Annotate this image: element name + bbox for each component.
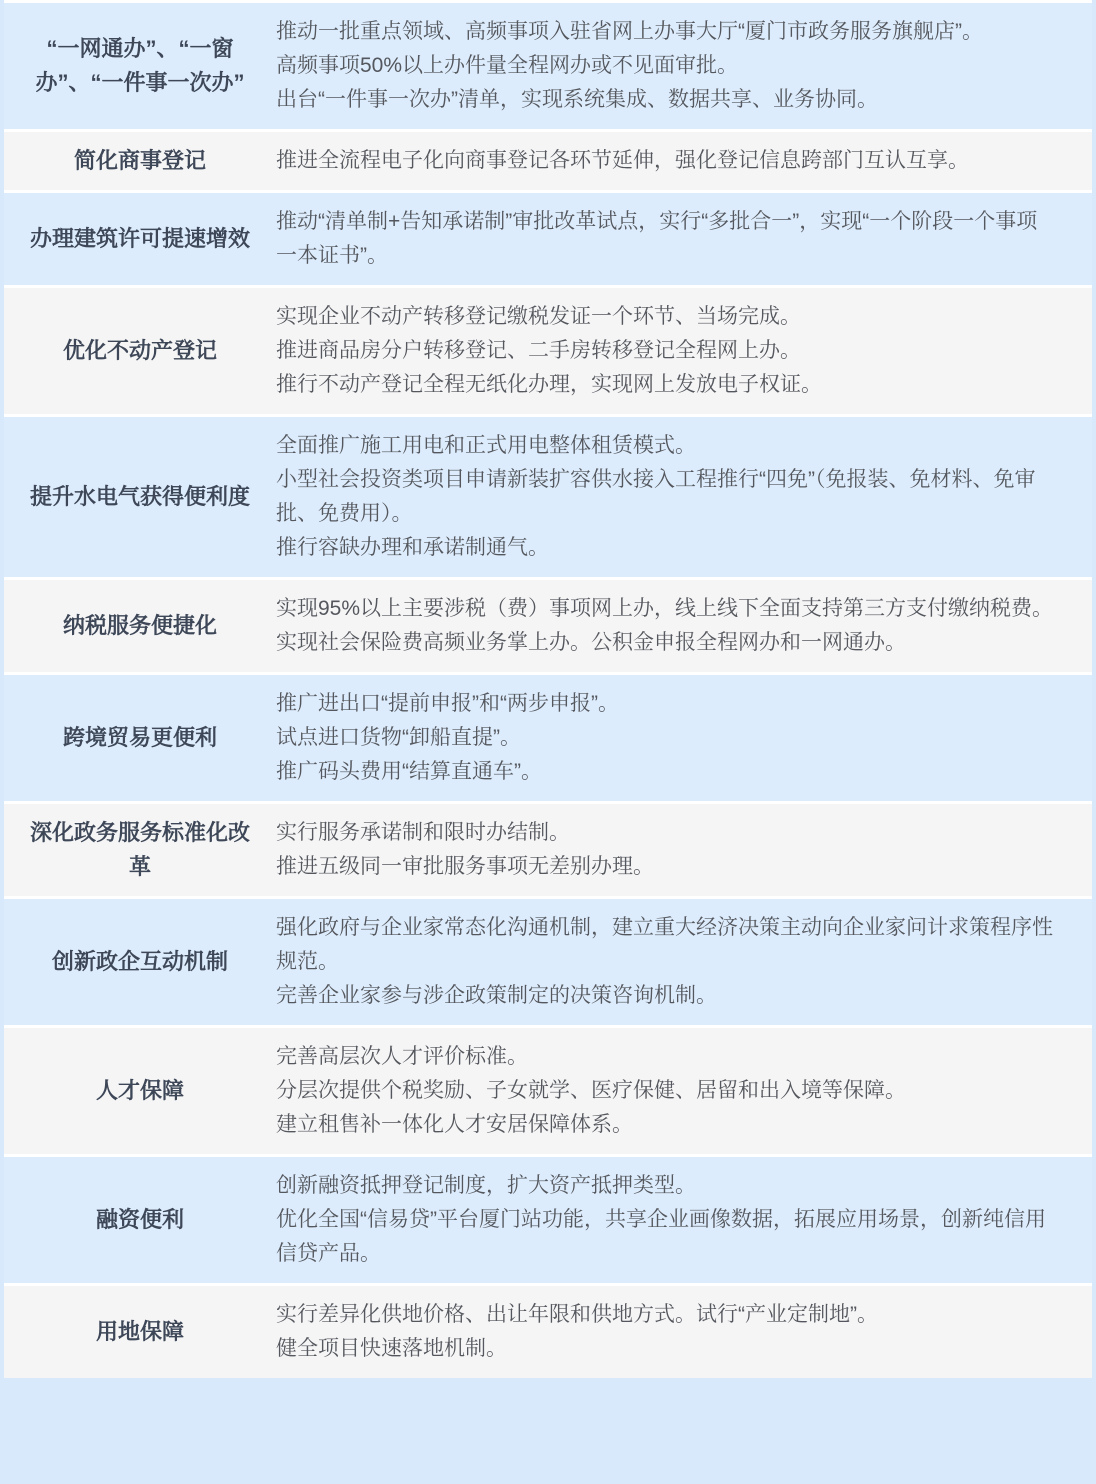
row-measures: 强化政府与企业家常态化沟通机制，建立重大经济决策主动向企业家问计求策程序性规范。… bbox=[276, 899, 1092, 1025]
table-row: 用地保障 实行差异化供地价格、出让年限和供地方式。试行“产业定制地”。健全项目快… bbox=[4, 1286, 1092, 1378]
row-category-title: 纳税服务便捷化 bbox=[4, 580, 276, 672]
table-row: 创新政企互动机制 强化政府与企业家常态化沟通机制，建立重大经济决策主动向企业家问… bbox=[4, 899, 1092, 1025]
measure-text: 推动一批重点领域、高频事项入驻省网上办事大厅“厦门市政务服务旗舰店”。 bbox=[276, 15, 1058, 49]
row-category-title: 跨境贸易更便利 bbox=[4, 675, 276, 801]
row-category-title: 人才保障 bbox=[4, 1028, 276, 1154]
row-measures: 创新融资抵押登记制度，扩大资产抵押类型。优化全国“信易贷”平台厦门站功能，共享企… bbox=[276, 1157, 1092, 1283]
row-category-title: 提升水电气获得便利度 bbox=[4, 417, 276, 577]
row-category-title: 简化商事登记 bbox=[4, 132, 276, 190]
measure-text: 推进五级同一审批服务事项无差别办理。 bbox=[276, 850, 1058, 884]
measure-text: 实行差异化供地价格、出让年限和供地方式。试行“产业定制地”。 bbox=[276, 1298, 1058, 1332]
table-row: “一网通办”、“一窗办”、“一件事一次办” 推动一批重点领域、高频事项入驻省网上… bbox=[4, 3, 1092, 129]
row-measures: 实现95%以上主要涉税（费）事项网上办，线上线下全面支持第三方支付缴纳税费。实现… bbox=[276, 580, 1092, 672]
row-category-title: “一网通办”、“一窗办”、“一件事一次办” bbox=[4, 3, 276, 129]
measure-text: 推广码头费用“结算直通车”。 bbox=[276, 755, 1058, 789]
measure-text: 推广进出口“提前申报”和“两步申报”。 bbox=[276, 687, 1058, 721]
row-category-title: 办理建筑许可提速增效 bbox=[4, 193, 276, 285]
table-row: 跨境贸易更便利 推广进出口“提前申报”和“两步申报”。试点进口货物“卸船直提”。… bbox=[4, 675, 1092, 801]
row-category-title: 深化政务服务标准化改革 bbox=[4, 804, 276, 896]
measure-text: 健全项目快速落地机制。 bbox=[276, 1332, 1058, 1366]
measure-text: 建立租售补一体化人才安居保障体系。 bbox=[276, 1108, 1058, 1142]
measure-text: 高频事项50%以上办件量全程网办或不见面审批。 bbox=[276, 49, 1058, 83]
table-row: 办理建筑许可提速增效 推动“清单制+告知承诺制”审批改革试点，实行“多批合一”，… bbox=[4, 193, 1092, 285]
measure-text: 实现95%以上主要涉税（费）事项网上办，线上线下全面支持第三方支付缴纳税费。 bbox=[276, 592, 1058, 626]
table-row: 提升水电气获得便利度 全面推广施工用电和正式用电整体租赁模式。小型社会投资类项目… bbox=[4, 417, 1092, 577]
row-measures: 全面推广施工用电和正式用电整体租赁模式。小型社会投资类项目申请新装扩容供水接入工… bbox=[276, 417, 1092, 577]
measure-text: 推动“清单制+告知承诺制”审批改革试点，实行“多批合一”，实现“一个阶段一个事项… bbox=[276, 205, 1058, 273]
measure-text: 完善企业家参与涉企政策制定的决策咨询机制。 bbox=[276, 979, 1058, 1013]
measure-text: 完善高层次人才评价标准。 bbox=[276, 1040, 1058, 1074]
measure-text: 实现企业不动产转移登记缴税发证一个环节、当场完成。 bbox=[276, 300, 1058, 334]
row-measures: 推动“清单制+告知承诺制”审批改革试点，实行“多批合一”，实现“一个阶段一个事项… bbox=[276, 193, 1092, 285]
measure-text: 试点进口货物“卸船直提”。 bbox=[276, 721, 1058, 755]
measure-text: 实现社会保险费高频业务掌上办。公积金申报全程网办和一网通办。 bbox=[276, 626, 1058, 660]
table-row: 优化不动产登记 实现企业不动产转移登记缴税发证一个环节、当场完成。推进商品房分户… bbox=[4, 288, 1092, 414]
measure-text: 推行不动产登记全程无纸化办理，实现网上发放电子权证。 bbox=[276, 368, 1058, 402]
table-row: 纳税服务便捷化 实现95%以上主要涉税（费）事项网上办，线上线下全面支持第三方支… bbox=[4, 580, 1092, 672]
measure-text: 分层次提供个税奖励、子女就学、医疗保健、居留和出入境等保障。 bbox=[276, 1074, 1058, 1108]
row-measures: 实现企业不动产转移登记缴税发证一个环节、当场完成。推进商品房分户转移登记、二手房… bbox=[276, 288, 1092, 414]
measure-text: 创新融资抵押登记制度，扩大资产抵押类型。 bbox=[276, 1169, 1058, 1203]
row-measures: 实行服务承诺制和限时办结制。推进五级同一审批服务事项无差别办理。 bbox=[276, 804, 1092, 896]
row-category-title: 创新政企互动机制 bbox=[4, 899, 276, 1025]
measure-text: 实行服务承诺制和限时办结制。 bbox=[276, 816, 1058, 850]
measure-text: 强化政府与企业家常态化沟通机制，建立重大经济决策主动向企业家问计求策程序性规范。 bbox=[276, 911, 1058, 979]
row-measures: 完善高层次人才评价标准。分层次提供个税奖励、子女就学、医疗保健、居留和出入境等保… bbox=[276, 1028, 1092, 1154]
measure-text: 推行容缺办理和承诺制通气。 bbox=[276, 531, 1058, 565]
measure-text: 小型社会投资类项目申请新装扩容供水接入工程推行“四免”（免报装、免材料、免审批、… bbox=[276, 463, 1058, 531]
row-category-title: 用地保障 bbox=[4, 1286, 276, 1378]
row-category-title: 优化不动产登记 bbox=[4, 288, 276, 414]
row-measures: 推动一批重点领域、高频事项入驻省网上办事大厅“厦门市政务服务旗舰店”。高频事项5… bbox=[276, 3, 1092, 129]
row-measures: 推广进出口“提前申报”和“两步申报”。试点进口货物“卸船直提”。推广码头费用“结… bbox=[276, 675, 1092, 801]
table-row: 人才保障 完善高层次人才评价标准。分层次提供个税奖励、子女就学、医疗保健、居留和… bbox=[4, 1028, 1092, 1154]
row-category-title: 融资便利 bbox=[4, 1157, 276, 1283]
table-row: 融资便利 创新融资抵押登记制度，扩大资产抵押类型。优化全国“信易贷”平台厦门站功… bbox=[4, 1157, 1092, 1283]
row-measures: 推进全流程电子化向商事登记各环节延伸，强化登记信息跨部门互认互享。 bbox=[276, 132, 1092, 190]
policy-table-page: “一网通办”、“一窗办”、“一件事一次办” 推动一批重点领域、高频事项入驻省网上… bbox=[0, 0, 1096, 1484]
policy-measures-table: “一网通办”、“一窗办”、“一件事一次办” 推动一批重点领域、高频事项入驻省网上… bbox=[4, 0, 1092, 1378]
measure-text: 推进商品房分户转移登记、二手房转移登记全程网上办。 bbox=[276, 334, 1058, 368]
measure-text: 全面推广施工用电和正式用电整体租赁模式。 bbox=[276, 429, 1058, 463]
row-measures: 实行差异化供地价格、出让年限和供地方式。试行“产业定制地”。健全项目快速落地机制… bbox=[276, 1286, 1092, 1378]
measure-text: 推进全流程电子化向商事登记各环节延伸，强化登记信息跨部门互认互享。 bbox=[276, 144, 1058, 178]
table-row: 深化政务服务标准化改革 实行服务承诺制和限时办结制。推进五级同一审批服务事项无差… bbox=[4, 804, 1092, 896]
table-row: 简化商事登记 推进全流程电子化向商事登记各环节延伸，强化登记信息跨部门互认互享。 bbox=[4, 132, 1092, 190]
measure-text: 优化全国“信易贷”平台厦门站功能，共享企业画像数据，拓展应用场景，创新纯信用信贷… bbox=[276, 1203, 1058, 1271]
measure-text: 出台“一件事一次办”清单，实现系统集成、数据共享、业务协同。 bbox=[276, 83, 1058, 117]
